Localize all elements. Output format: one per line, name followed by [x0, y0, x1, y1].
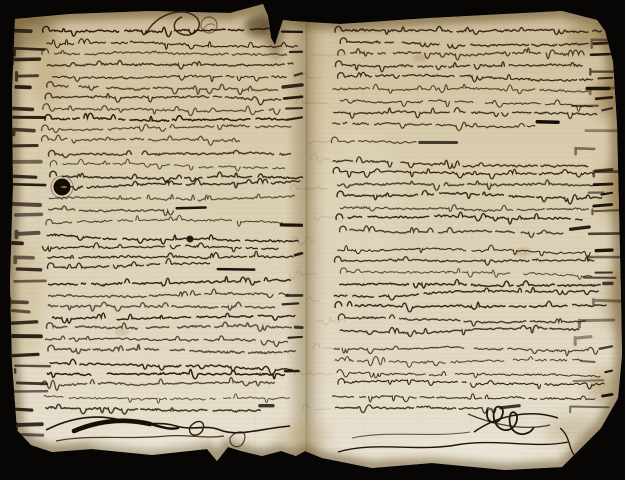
margin-bleed-dash: [12, 322, 37, 323]
line-end-dash: [288, 337, 302, 338]
margin-bleed-dash: [16, 214, 42, 215]
line-end-dash: [218, 269, 254, 270]
margin-bleed-dash: [17, 269, 40, 270]
line-end-dash: [596, 250, 612, 251]
line-end-dash: [284, 97, 302, 99]
margin-bleed-dash: [10, 204, 40, 205]
margin-bleed-dash: [15, 281, 46, 282]
margin-bleed-dash: [16, 87, 30, 88]
line-end-dash: [283, 85, 302, 87]
line-end-dash: [599, 78, 613, 79]
line-end-dash: [501, 406, 520, 408]
line-end-dash: [594, 184, 612, 185]
margin-bleed-dash: [10, 176, 35, 177]
line-end-dash: [596, 97, 612, 98]
line-end-dash: [571, 227, 590, 229]
margin-bleed-dash: [573, 380, 603, 381]
line-end-dash: [591, 54, 612, 55]
manuscript-scan: [0, 0, 625, 480]
margin-bleed-dash: [581, 361, 595, 362]
line-end-dash: [603, 394, 612, 396]
ink-blot-highlight: [61, 186, 67, 188]
margin-bleed-dash: [13, 354, 38, 355]
line-end-dash: [177, 208, 206, 209]
line-end-dash: [286, 108, 302, 109]
margin-bleed-dash: [13, 311, 30, 312]
line-end-dash: [283, 303, 299, 304]
margin-bleed-dash: [13, 31, 30, 32]
line-end-dash: [594, 205, 612, 207]
manuscript-svg: [0, 0, 625, 480]
line-end-dash: [596, 170, 613, 172]
